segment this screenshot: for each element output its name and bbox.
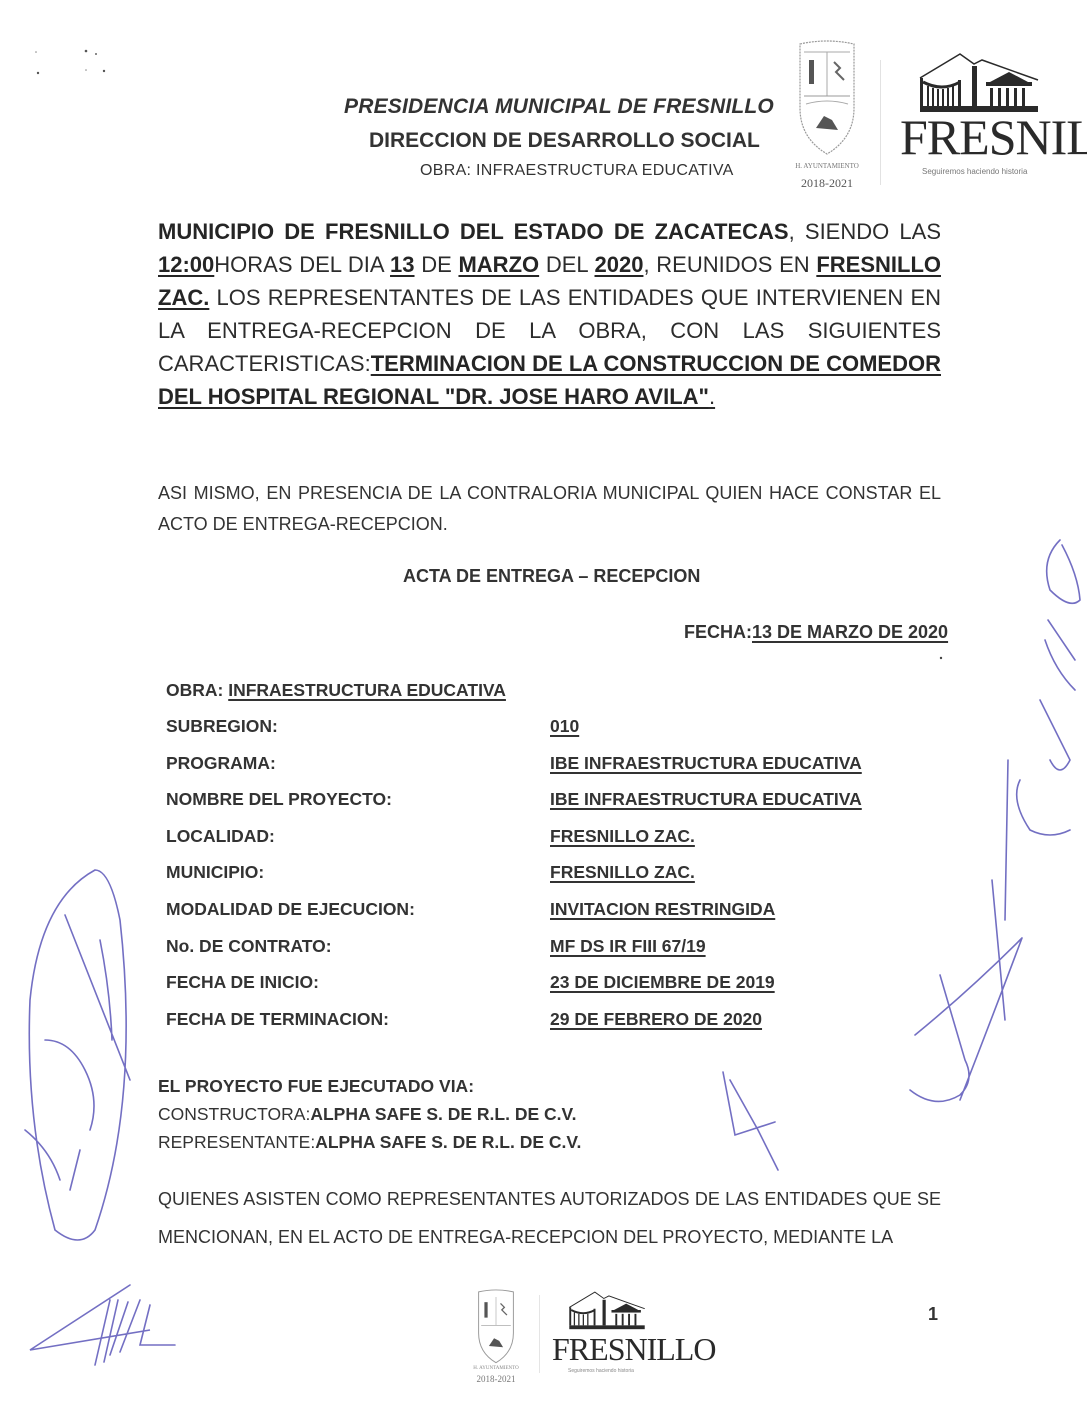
- intro-text: , SIENDO LAS: [789, 219, 941, 244]
- detail-row: MUNICIPIO:FRESNILLO ZAC.: [166, 862, 264, 883]
- detail-value: FRESNILLO ZAC.: [550, 826, 695, 847]
- detail-label: LOCALIDAD:: [166, 826, 275, 846]
- intro-anio: 2020: [595, 252, 644, 277]
- detail-value: FRESNILLO ZAC.: [550, 862, 695, 883]
- detail-label: MUNICIPIO:: [166, 862, 264, 882]
- acta-title: ACTA DE ENTREGA – RECEPCION: [403, 566, 700, 587]
- detail-row: FECHA DE INICIO:23 DE DICIEMBRE DE 2019: [166, 972, 319, 993]
- header-department: DIRECCION DE DESARROLLO SOCIAL: [369, 129, 760, 153]
- signature-bottom-left: [30, 1285, 175, 1365]
- detail-row: NOMBRE DEL PROYECTO:IBE INFRAESTRUCTURA …: [166, 789, 392, 810]
- asistentes-paragraph: QUIENES ASISTEN COMO REPRESENTANTES AUTO…: [158, 1180, 941, 1256]
- obra-label: OBRA:: [166, 680, 228, 700]
- detail-row: PROGRAMA:IBE INFRAESTRUCTURA EDUCATIVA: [166, 753, 276, 774]
- intro-text: DEL: [539, 252, 594, 277]
- signature-left-margin: [25, 870, 130, 1240]
- detail-label: No. DE CONTRATO:: [166, 936, 332, 956]
- detail-value: INVITACION RESTRINGIDA: [550, 899, 775, 920]
- intro-hora: 12:00: [158, 252, 214, 277]
- intro-text: , REUNIDOS EN: [643, 252, 816, 277]
- detail-value: IBE INFRAESTRUCTURA EDUCATIVA: [550, 753, 862, 774]
- footer-logo-wordmark: FRESNILLO: [552, 1333, 715, 1365]
- signature-right-mid: [910, 880, 1022, 1101]
- detail-value: IBE INFRAESTRUCTURA EDUCATIVA: [550, 789, 862, 810]
- constructora-value: ALPHA SAFE S. DE R.L. DE C.V.: [310, 1104, 576, 1124]
- detail-value: 29 DE FEBRERO DE 2020: [550, 1009, 762, 1030]
- detail-value: 010: [550, 716, 579, 737]
- detail-value: MF DS IR FIII 67/19: [550, 936, 706, 957]
- crest-years: 2018-2021: [794, 176, 860, 191]
- footer-crest-years: 2018-2021: [470, 1374, 522, 1384]
- footer-crest-icon: [476, 1288, 516, 1364]
- detail-label: MODALIDAD DE EJECUCION:: [166, 899, 415, 919]
- footer-skyline-icon: [568, 1290, 646, 1330]
- detail-value: 23 DE DICIEMBRE DE 2019: [550, 972, 775, 993]
- footer-logo-tagline: Seguiremos haciendo historia: [568, 1368, 634, 1374]
- representante-line: REPRESENTANTE:ALPHA SAFE S. DE R.L. DE C…: [158, 1128, 581, 1156]
- fecha-value: 13 DE MARZO DE 2020: [752, 622, 948, 642]
- scan-specks: [30, 40, 120, 100]
- intro-text: DE: [415, 252, 459, 277]
- fresnillo-logo-wordmark: FRESNILLO: [900, 112, 1087, 162]
- detail-row: MODALIDAD DE EJECUCION:INVITACION RESTRI…: [166, 899, 415, 920]
- footer-logo-divider: [539, 1295, 540, 1373]
- intro-paragraph: MUNICIPIO DE FRESNILLO DEL ESTADO DE ZAC…: [158, 215, 941, 413]
- obra-value: INFRAESTRUCTURA EDUCATIVA: [228, 680, 506, 700]
- intro-dia: 13: [390, 252, 414, 277]
- detail-label: PROGRAMA:: [166, 753, 276, 773]
- execution-heading: EL PROYECTO FUE EJECUTADO VIA:: [158, 1072, 581, 1100]
- detail-row: LOCALIDAD:FRESNILLO ZAC.: [166, 826, 275, 847]
- fecha-label: FECHA:: [684, 622, 752, 642]
- execution-block: EL PROYECTO FUE EJECUTADO VIA: CONSTRUCT…: [158, 1072, 581, 1156]
- scan-speck: [939, 656, 943, 660]
- signature-right-margin: [1005, 540, 1080, 920]
- representante-label: REPRESENTANTE:: [158, 1132, 315, 1152]
- constructora-line: CONSTRUCTORA:ALPHA SAFE S. DE R.L. DE C.…: [158, 1100, 581, 1128]
- representante-value: ALPHA SAFE S. DE R.L. DE C.V.: [315, 1132, 581, 1152]
- intro-mes: MARZO: [458, 252, 539, 277]
- signature-initial: [723, 1072, 778, 1170]
- detail-label: NOMBRE DEL PROYECTO:: [166, 789, 392, 809]
- header-title: PRESIDENCIA MUNICIPAL DE FRESNILLO: [344, 95, 774, 119]
- detail-row: SUBREGION:010: [166, 716, 278, 737]
- footer-crest-label: H. AYUNTAMIENTO: [470, 1366, 522, 1371]
- intro-end: .: [709, 384, 715, 409]
- detail-label: FECHA DE TERMINACION:: [166, 1009, 389, 1029]
- constructora-label: CONSTRUCTORA:: [158, 1104, 310, 1124]
- municipal-crest-icon: [796, 38, 858, 156]
- detail-label: FECHA DE INICIO:: [166, 972, 319, 992]
- header-obra: OBRA: INFRAESTRUCTURA EDUCATIVA: [420, 162, 734, 180]
- fresnillo-skyline-icon: [918, 52, 1040, 112]
- detail-row: No. DE CONTRATO:MF DS IR FIII 67/19: [166, 936, 332, 957]
- contraloria-paragraph: ASI MISMO, EN PRESENCIA DE LA CONTRALORI…: [158, 478, 941, 540]
- page-number: 1: [928, 1304, 938, 1325]
- logo-divider: [880, 60, 881, 185]
- obra-row: OBRA: INFRAESTRUCTURA EDUCATIVA: [166, 680, 506, 701]
- logo-tagline: Seguiremos haciendo historia: [922, 167, 1027, 176]
- crest-label: H. AYUNTAMIENTO: [794, 162, 860, 170]
- intro-text: HORAS DEL DIA: [214, 252, 390, 277]
- detail-label: SUBREGION:: [166, 716, 278, 736]
- fecha-line: FECHA:13 DE MARZO DE 2020: [684, 622, 948, 643]
- detail-row: FECHA DE TERMINACION:29 DE FEBRERO DE 20…: [166, 1009, 389, 1030]
- intro-municipio: MUNICIPIO DE FRESNILLO DEL ESTADO DE ZAC…: [158, 219, 789, 244]
